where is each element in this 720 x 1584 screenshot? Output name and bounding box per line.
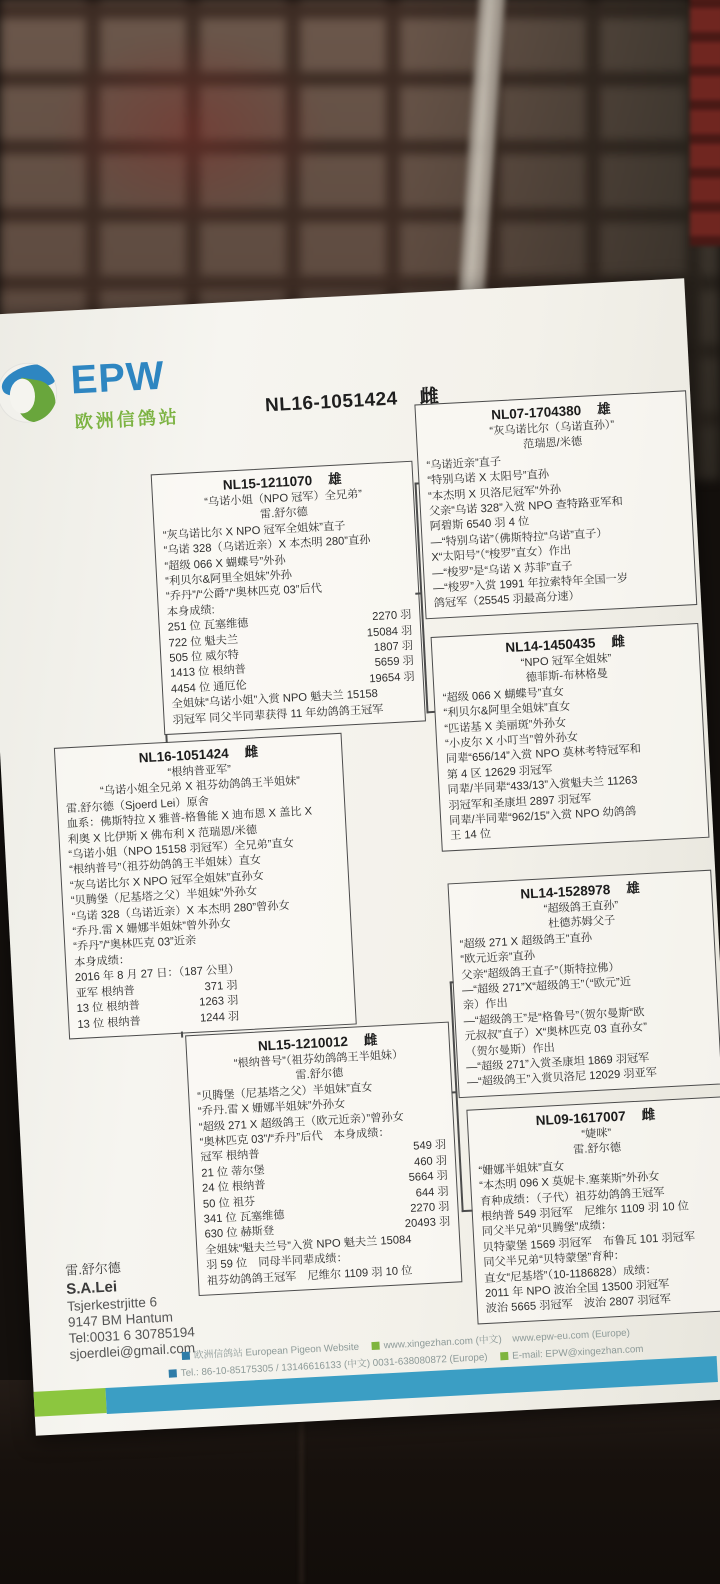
pedigree-box-subject: NL16-1051424雌“根纳普亚军”“乌诺小姐全兄弟 X 祖芬幼鸽鸽王半姐妹… <box>54 733 357 1040</box>
footer-square-icon <box>169 1369 177 1377</box>
pedigree-connector-line <box>426 711 434 713</box>
epw-logo-icon <box>0 361 59 424</box>
pedigree-box-granddam-maternal: NL09-1617007雌“婕咪”雷.舒尔德“姗娜半姐妹”直女“本杰明 096 … <box>466 1096 720 1324</box>
pedigree-connector-line <box>451 1091 456 1093</box>
pedigree-box-grandsire-paternal: NL07-1704380雄“灰乌诺比尔（乌诺直孙）”范瑞恩/米德“乌诺近亲”直子… <box>414 390 697 619</box>
pedigree-box-granddam-paternal: NL14-1450435雌“NPO 冠军全姐妹”德菲斯-布林格曼“超级 066 … <box>431 623 710 852</box>
pedigree-box-mother: NL15-1210012雌“根纳普号”（祖芬幼鸽鸽王半姐妹）雷.舒尔德“贝腾堡（… <box>185 1022 462 1296</box>
pedigree-connector-line <box>450 981 454 983</box>
pedigree-connector-line <box>415 592 421 594</box>
fancier-contact-block: 雷.舒尔德 S.A.Lei Tsjerkestrjitte 6 9147 BM … <box>65 1253 196 1362</box>
pedigree-box-father: NL15-1211070雄“乌诺小姐（NPO 冠军）全兄弟”雷.舒尔德“灰乌诺比… <box>151 461 426 735</box>
title-ring-number: NL16-1051424 <box>265 388 399 416</box>
footer-green-bar <box>34 1388 107 1417</box>
footer-square-icon <box>371 1342 379 1350</box>
pedigree-connector-line <box>414 482 419 484</box>
background-red-lattice <box>690 0 720 246</box>
pedigree-connector-line <box>181 1032 183 1038</box>
pedigree-box-grandsire-maternal: NL14-1528978雄“超级鸽王直孙”杜德苏姆父子“超级 271 X 超级鸽… <box>448 870 720 1099</box>
footer-email: E-mail: EPW@xingezhan.com <box>512 1344 644 1362</box>
pedigree-certificate: EPW 欧洲信鸽站 NL16-1051424雌 NL15-1211070雄“乌诺… <box>0 278 720 1436</box>
footer-square-icon <box>182 1352 190 1360</box>
footer-square-icon <box>500 1352 508 1360</box>
pedigree-connector-line <box>165 735 167 743</box>
